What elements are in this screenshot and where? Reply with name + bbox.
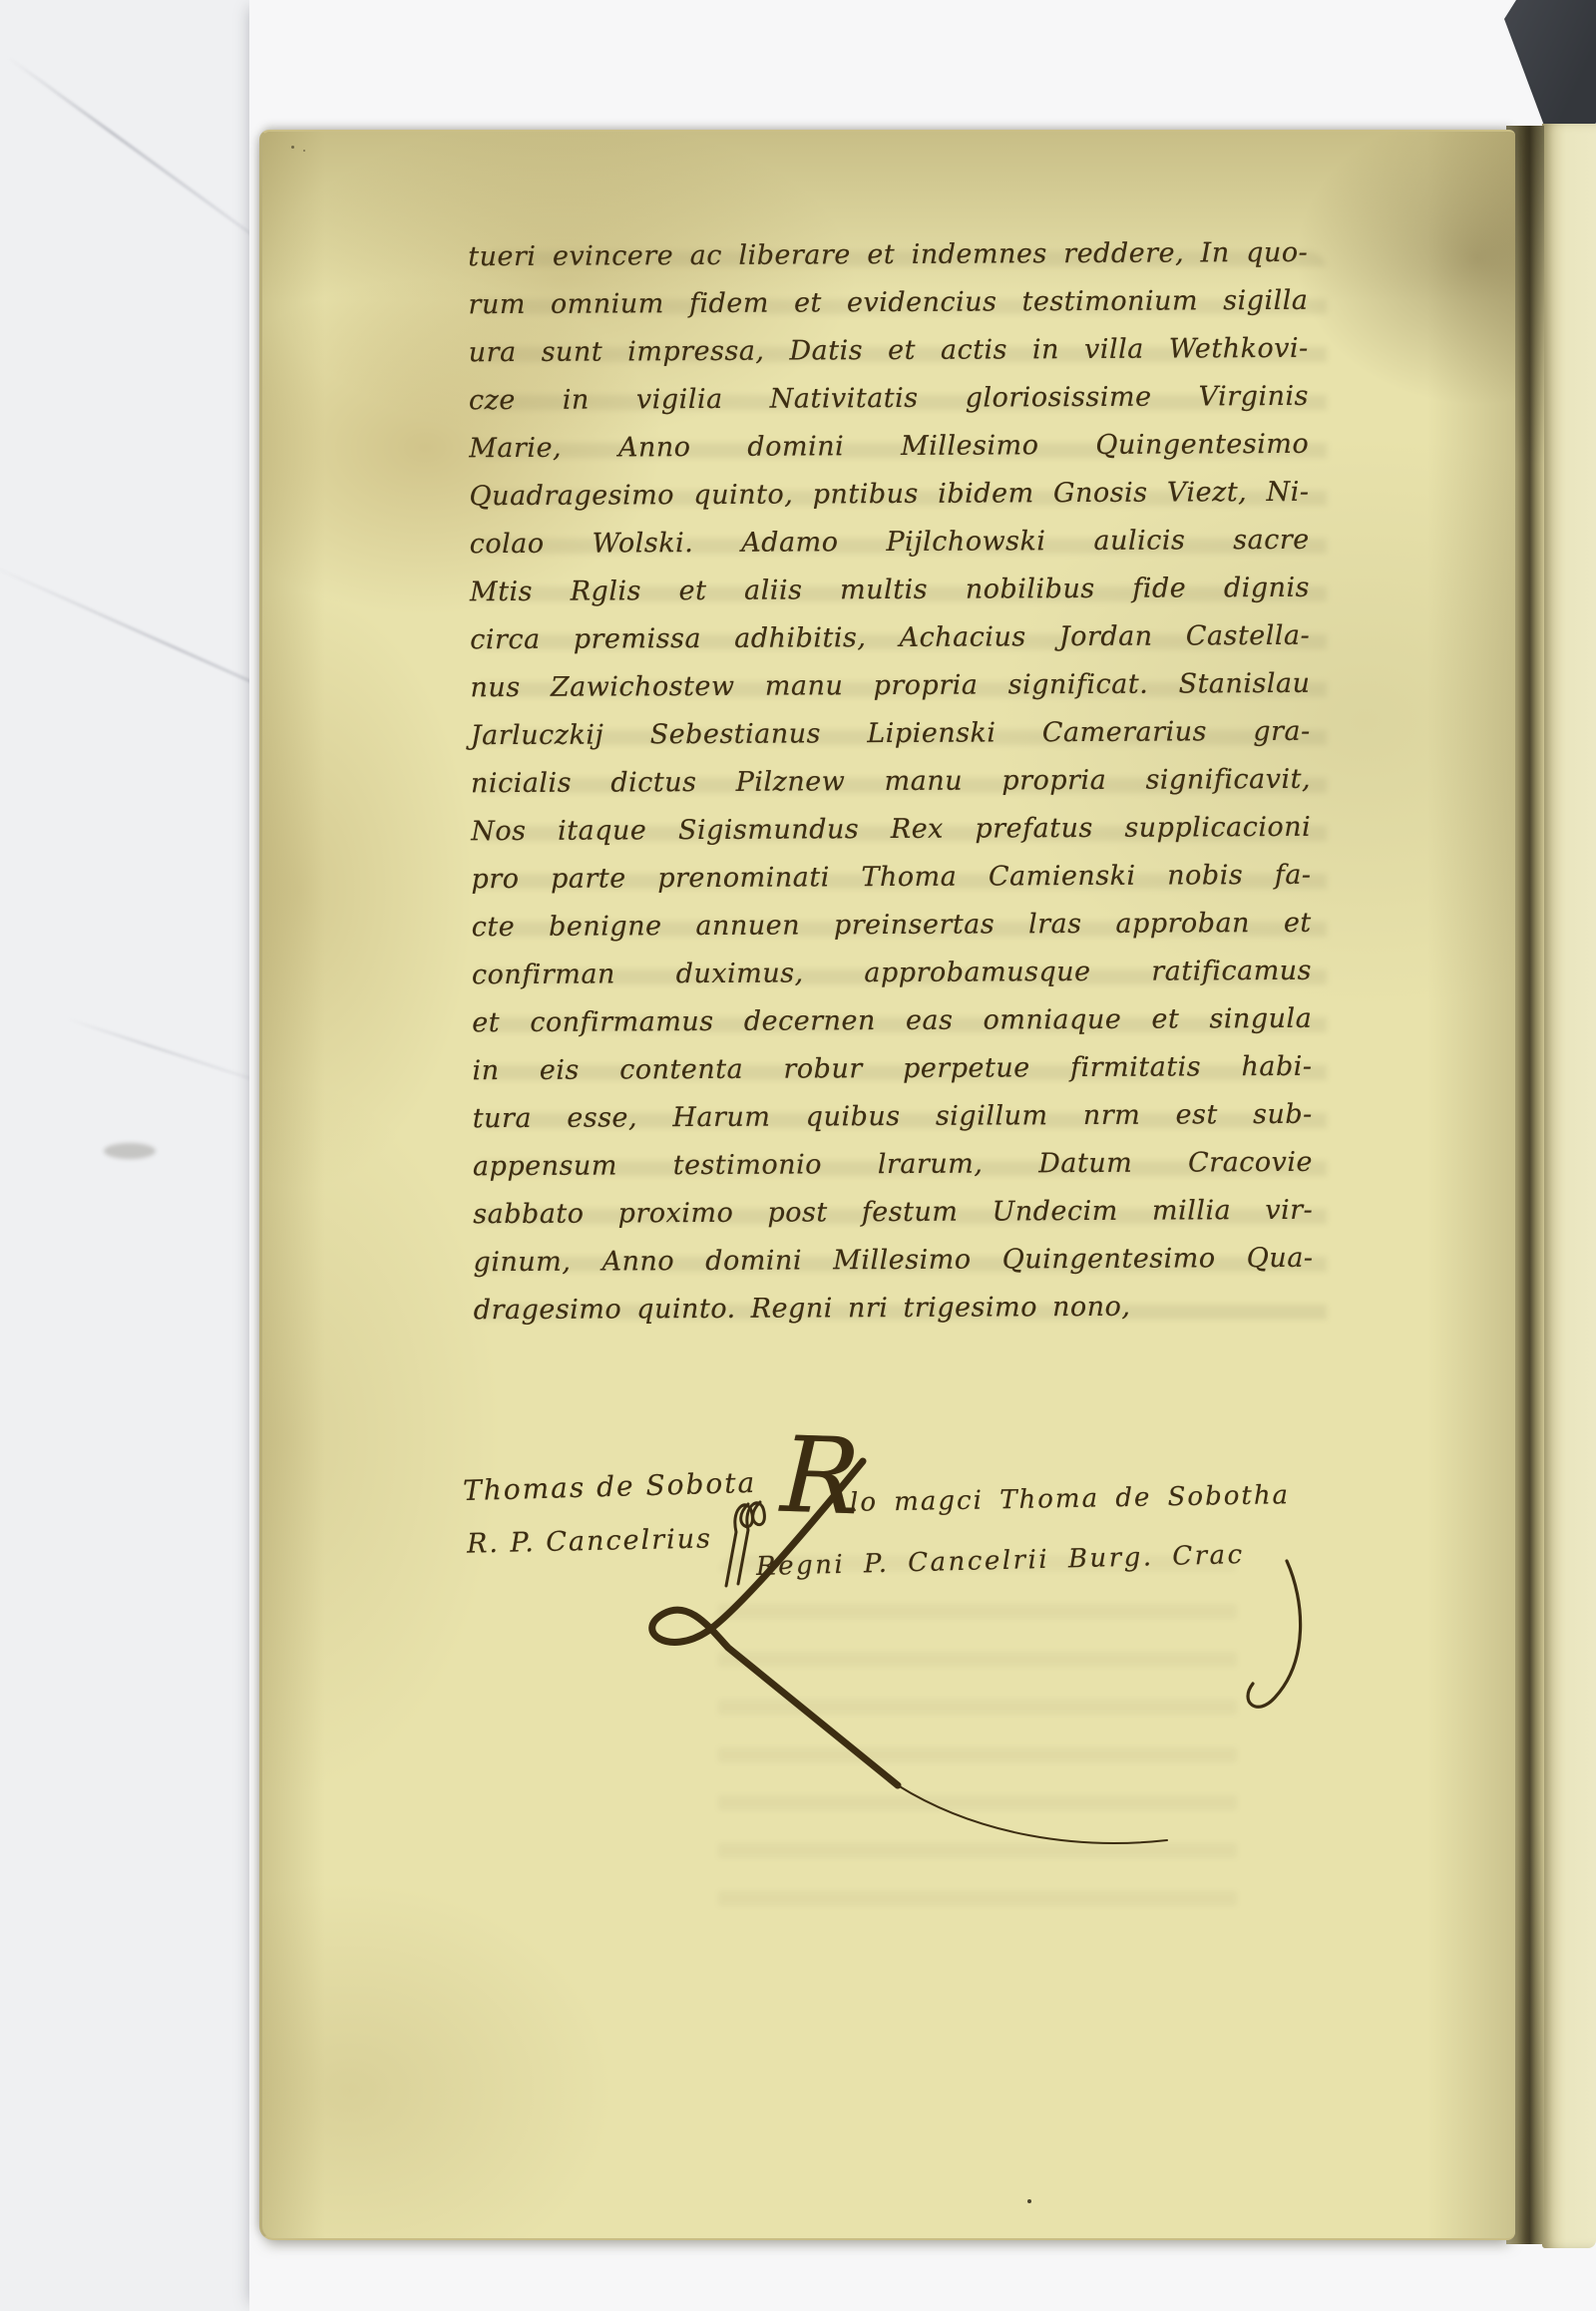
manuscript-line: tueri evincere ac liberare et indemnes r…: [468, 229, 1308, 281]
manuscript-line: Mtis Rglis et aliis multis nobilibus fid…: [470, 565, 1310, 616]
manuscript-line: cze in vigilia Nativitatis gloriosissime…: [469, 373, 1309, 425]
manuscript-line: et confirmamus decernen eas omniaque et …: [472, 995, 1312, 1047]
manuscript-line: ginum, Anno domini Millesimo Quingentesi…: [473, 1235, 1313, 1287]
manuscript-line: Marie, Anno domini Millesimo Quingentesi…: [469, 421, 1309, 473]
manuscript-line: dragesimo quinto. Regni nri trigesimo no…: [474, 1283, 1314, 1335]
manuscript-line: ura sunt impressa, Datis et actis in vil…: [469, 325, 1309, 377]
manuscript-line: appensum testimonio lrarum, Datum Cracov…: [473, 1139, 1313, 1191]
ink-speck: [303, 150, 305, 152]
manuscript-line: Quadragesimo quinto, pntibus ibidem Gnos…: [469, 469, 1309, 521]
manuscript-line: pro parte prenominati Thoma Camienski no…: [471, 852, 1311, 904]
manuscript-line: rum omnium fidem et evidencius testimoni…: [468, 277, 1308, 329]
facing-page-edge: [1542, 124, 1596, 2248]
manuscript-line: in eis contenta robur perpetue firmitati…: [472, 1043, 1312, 1095]
margin-smudge: [104, 1143, 156, 1159]
manuscript-line: circa premissa adhibitis, Achacius Jorda…: [470, 612, 1310, 664]
manuscript-text-block: tueri evincere ac liberare et indemnes r…: [468, 229, 1314, 1335]
signature-flourish: [559, 1396, 1317, 1855]
manuscript-line: cte benigne annuen preinsertas lras appr…: [472, 900, 1312, 952]
manuscript-line: Jarluczkij Sebestianus Lipienski Camerar…: [471, 708, 1311, 760]
manuscript-line: confirman duximus, approbamusque ratific…: [472, 948, 1312, 999]
ink-speck: [1027, 2199, 1031, 2203]
manuscript-line: colao Wolski. Adamo Pijlchowski aulicis …: [470, 517, 1310, 569]
ink-speck: [291, 146, 294, 149]
photograph-of-manuscript: tueri evincere ac liberare et indemnes r…: [0, 0, 1596, 2311]
manuscript-line: sabbato proximo post festum Undecim mill…: [473, 1187, 1313, 1239]
manuscript-line: nus Zawichostew manu propria significat.…: [470, 660, 1310, 712]
manuscript-line: nicialis dictus Pilznew manu propria sig…: [471, 756, 1311, 808]
manuscript-line: Nos itaque Sigismundus Rex prefatus supp…: [471, 804, 1311, 856]
manuscript-line: tura esse, Harum quibus sigillum nrm est…: [473, 1091, 1313, 1143]
